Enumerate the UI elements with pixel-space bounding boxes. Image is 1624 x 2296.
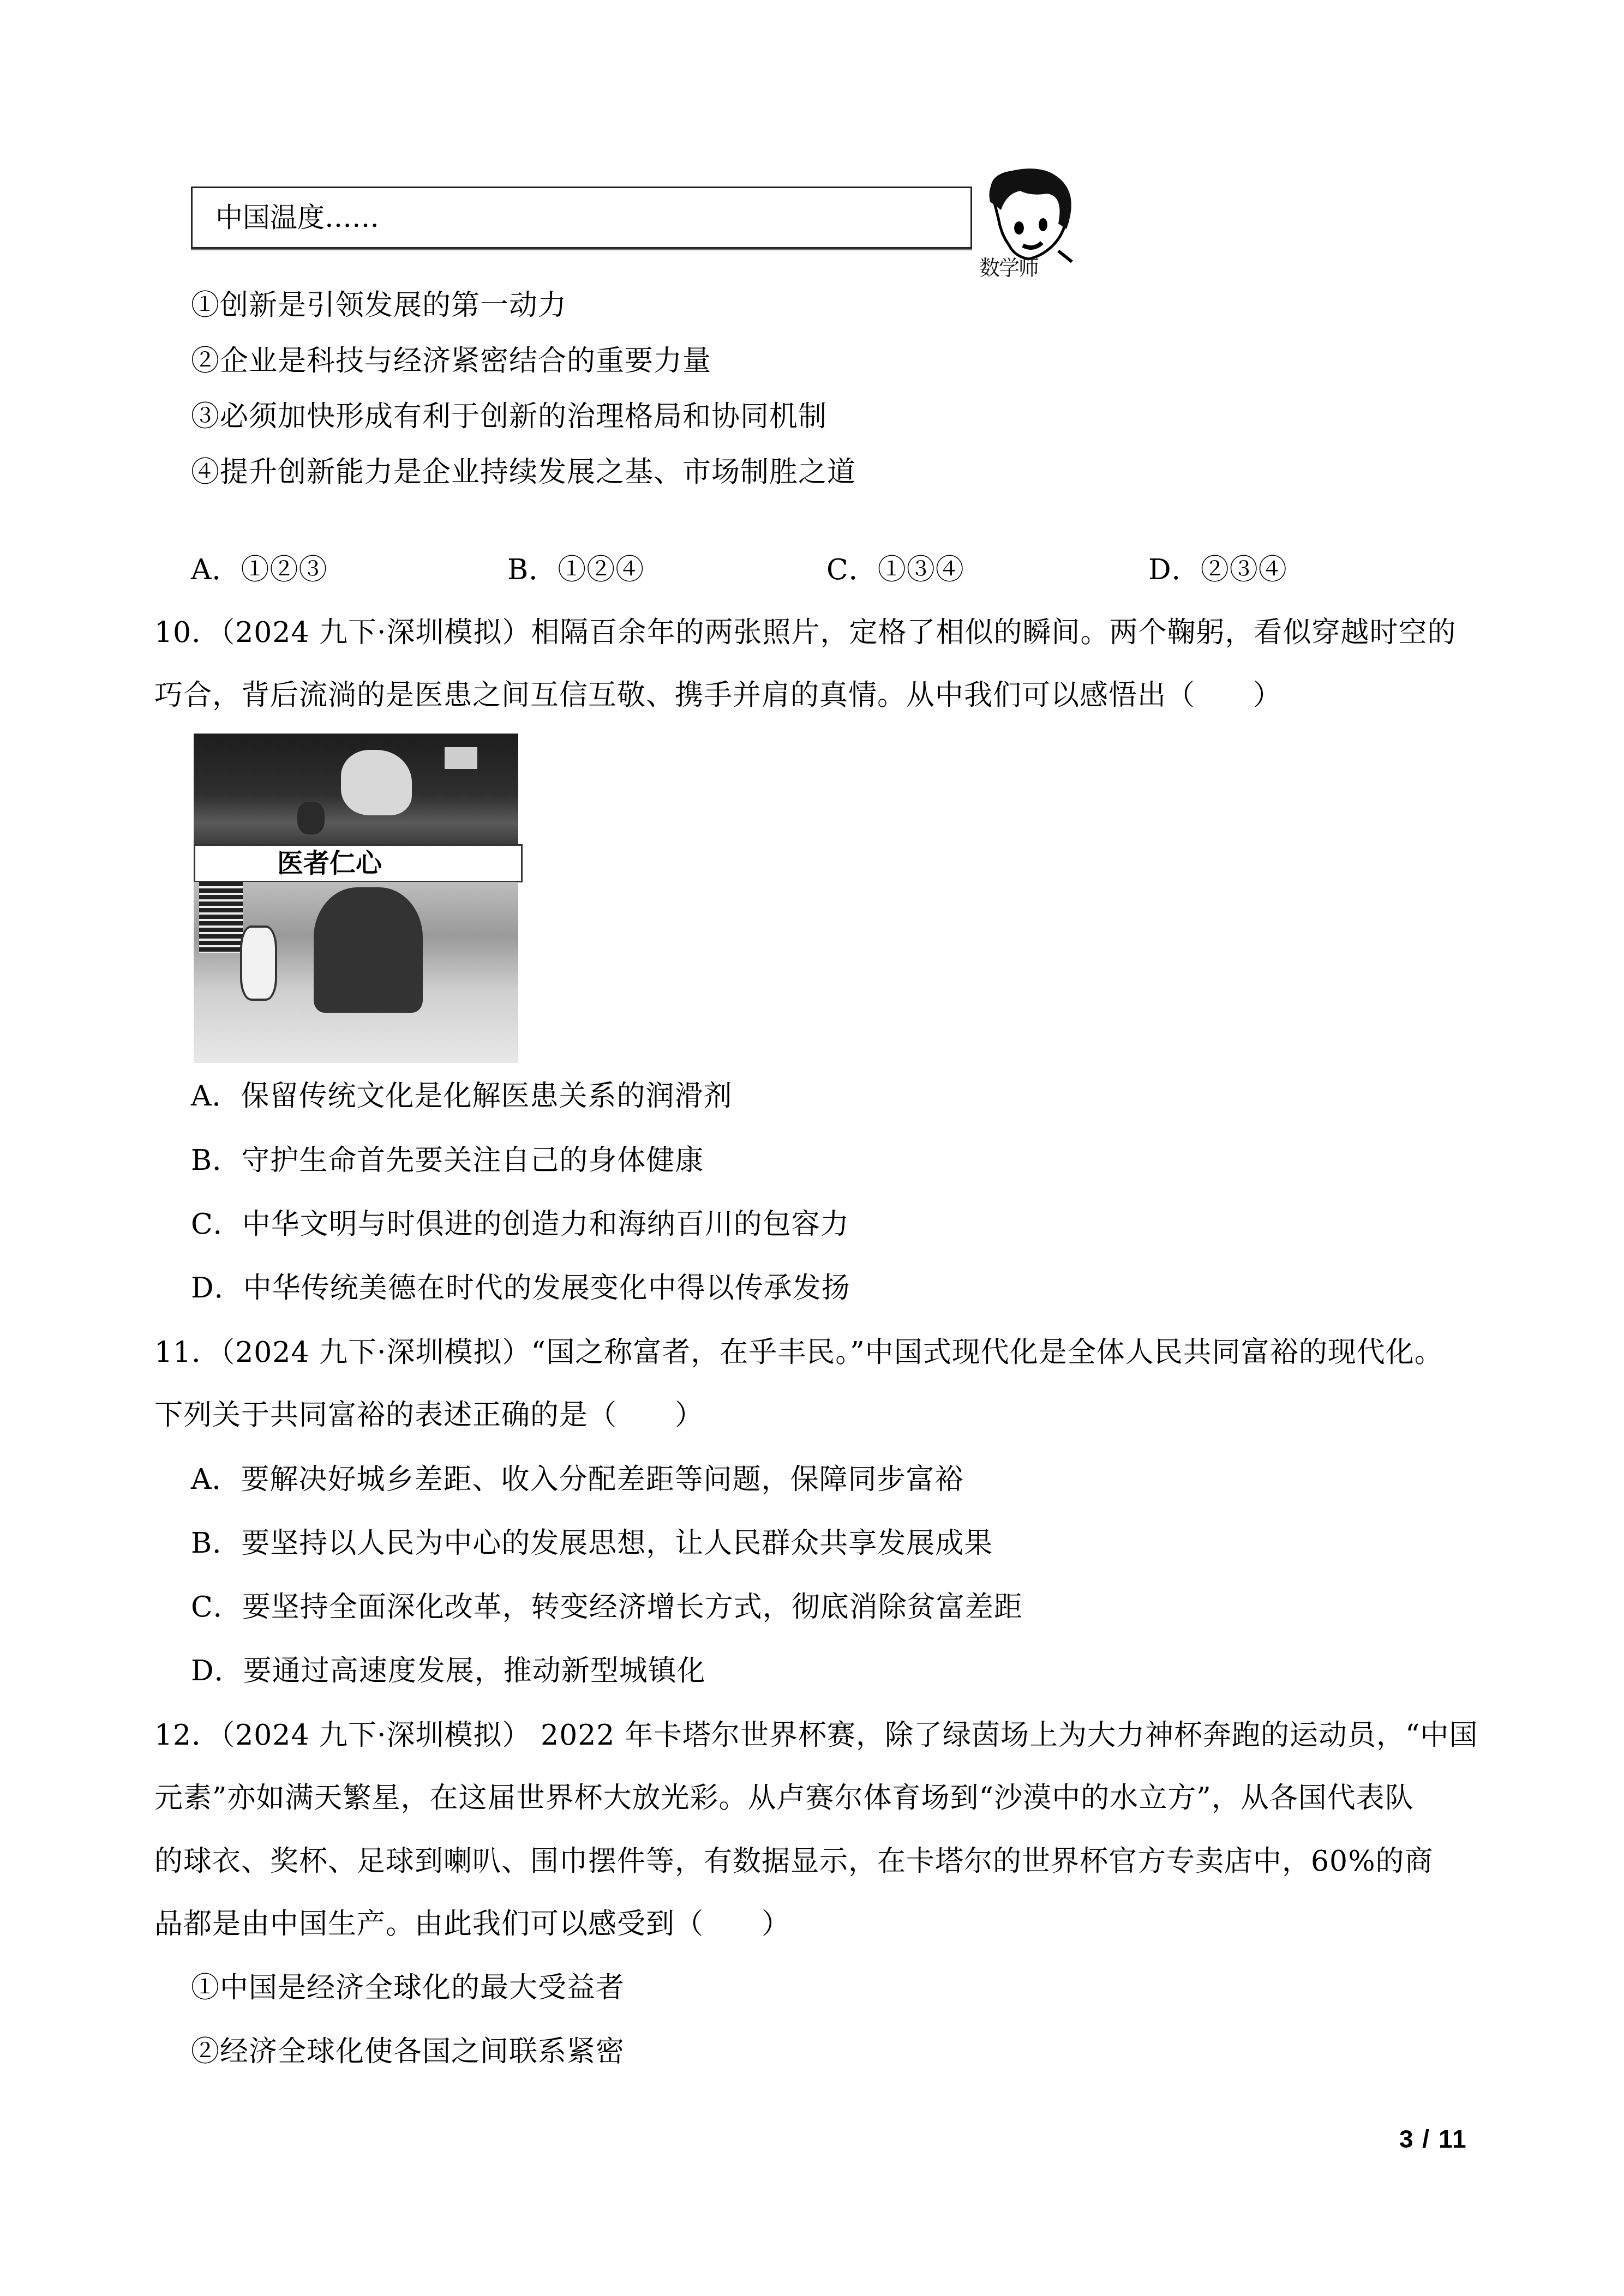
q12-stem-line-1: 12．（2024 九下·深圳模拟） 2022 年卡塔尔世界杯赛，除了绿茵场上为大… (154, 1719, 1478, 1752)
callout-text: 中国温度…… (215, 201, 379, 234)
q10-option-a[interactable]: A．保留传统文化是化解医患关系的润滑剂 (191, 1080, 733, 1113)
q10-option-d[interactable]: D．中华传统美德在时代的发展变化中得以传承发扬 (191, 1272, 850, 1305)
q11-option-a[interactable]: A．要解决好城乡差距、收入分配差距等问题，保障同步富裕 (191, 1463, 964, 1496)
photo-modern-bow (194, 734, 518, 845)
photo-caption-text: 医者仁心 (277, 848, 382, 879)
q11-option-b[interactable]: B．要坚持以人民为中心的发展思想，让人民群众共享发展成果 (191, 1527, 993, 1560)
q12-stem-line-4: 品都是由中国生产。由此我们可以感受到（ ） (154, 1908, 790, 1940)
q11-option-d[interactable]: D．要通过高速度发展，推动新型城镇化 (191, 1655, 706, 1687)
q12-stem-line-2: 元素”亦如满天繁星，在这届世界杯大放光彩。从卢赛尔体育场到“沙漠中的水立方”，从… (154, 1782, 1414, 1814)
q11-stem-line-2: 下列关于共同富裕的表述正确的是（ ） (154, 1399, 704, 1432)
q11-option-c[interactable]: C．要坚持全面深化改革，转变经济增长方式，彻底消除贫富差距 (191, 1591, 1023, 1624)
cartoon-boy-image: 数学师 (976, 164, 1091, 273)
statement-4: ④提升创新能力是企业持续发展之基、市场制胜之道 (191, 456, 856, 489)
q10-stem-line-2: 巧合，背后流淌的是医患之间互信互敬、携手并肩的真情。从中我们可以感悟出（ ） (154, 679, 1282, 712)
q9-option-b[interactable]: B．①②④ (507, 554, 644, 586)
statement-1: ①创新是引领发展的第一动力 (191, 289, 567, 322)
q9-option-d[interactable]: D．②③④ (1148, 554, 1287, 586)
q12-statement-2: ②经济全球化使各国之间联系紧密 (191, 2035, 625, 2068)
statement-3: ③必须加快形成有利于创新的治理格局和协同机制 (191, 400, 827, 433)
statement-2: ②企业是科技与经济紧密结合的重要力量 (191, 345, 711, 377)
q10-option-c[interactable]: C．中华文明与时俱进的创造力和海纳百川的包容力 (191, 1208, 849, 1241)
q12-stem-line-3: 的球衣、奖杯、足球到喇叭、围巾摆件等，有数据显示，在卡塔尔的世界杯官方专卖店中，… (154, 1845, 1434, 1878)
q9-option-a[interactable]: A．①②③ (191, 554, 328, 586)
q10-photo-pair: 医者仁心 (194, 734, 524, 1066)
q11-stem-line-1: 11．（2024 九下·深圳模拟）“国之称富者，在乎丰民。”中国式现代化是全体人… (154, 1336, 1443, 1369)
page-number: 3 / 11 (1399, 2124, 1467, 2154)
quote-callout-box: 中国温度…… (191, 187, 972, 249)
cartoon-caption: 数学师 (979, 251, 1038, 281)
q10-option-b[interactable]: B．守护生命首先要关注自己的身体健康 (191, 1144, 704, 1177)
q12-statement-1: ①中国是经济全球化的最大受益者 (191, 1972, 625, 2004)
q9-option-c[interactable]: C．①③④ (826, 554, 964, 586)
photo-historic-bow (194, 882, 518, 1063)
q10-stem-line-1: 10．（2024 九下·深圳模拟）相隔百余年的两张照片，定格了相似的瞬间。两个鞠… (154, 616, 1457, 649)
photo-caption-box: 医者仁心 (194, 844, 523, 882)
